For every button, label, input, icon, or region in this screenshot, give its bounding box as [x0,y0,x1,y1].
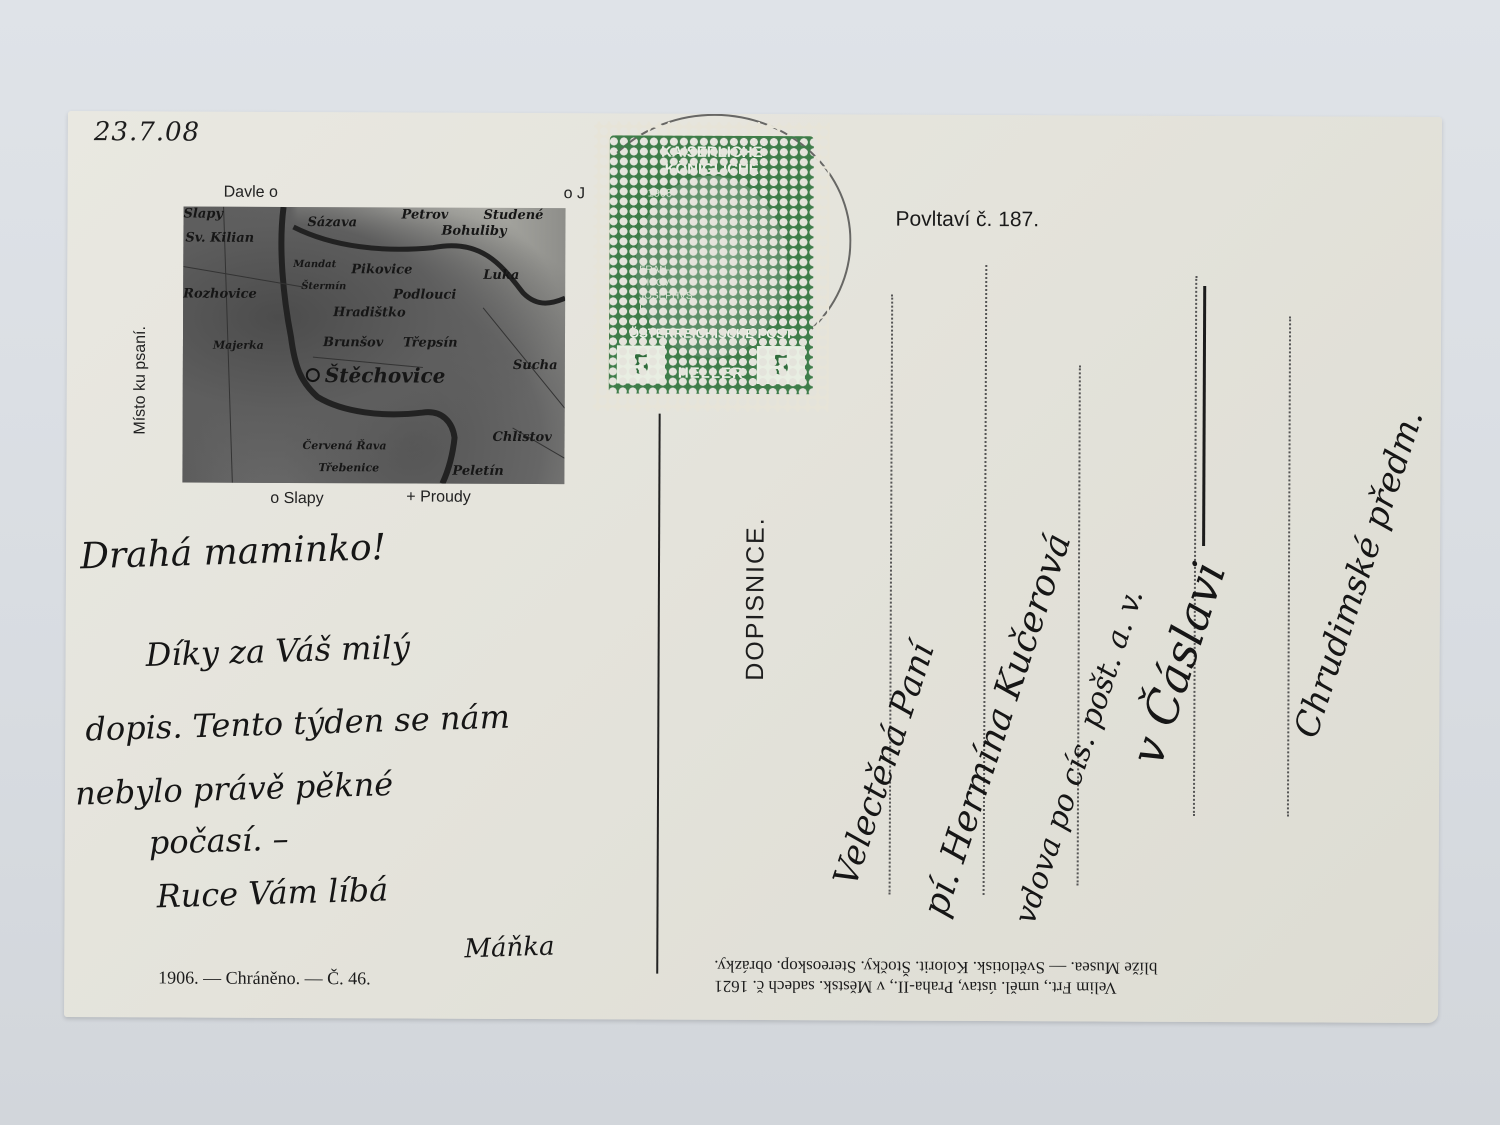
map-name: Studené [483,208,543,223]
map-name: Bohuliby [441,224,506,239]
map-name: Sázava [307,215,357,230]
stamp-name-line: I [639,303,692,316]
map-name: Červená Řava [302,439,386,452]
message-line: Drahá maminko! [80,527,387,577]
map-label-proudy: + Proudy [406,488,471,506]
map-label-j: o J [564,185,585,203]
dopisnice-label: DOPISNICE. [741,468,771,728]
publisher-footer: 1906. — Chráněno. — Č. 46. [158,967,371,989]
map-label-davle: Davle o [224,184,278,202]
message-line: nebylo právě pěkné [75,765,394,813]
address-dotted-line [1193,276,1197,816]
map-main-town: Štěchovice [325,363,446,388]
map-name: Peletín [452,464,503,479]
map-name: Rozhovice [183,287,257,302]
map-name: Třepsín [403,335,458,350]
city-underline [1202,286,1206,546]
map-name: Třebenice [318,461,379,474]
stamp-name-line: CISCVS [639,277,692,290]
stamp-year: 1908 [648,188,673,200]
map-name: Sv. Kilian [185,231,254,246]
writing-area-label: Místo ku psaní. [131,270,150,490]
address-line: Velectěná Paní [826,638,943,891]
map-name: Podlouci [393,287,456,302]
stamp-value-right: 5 [757,346,805,384]
address-line: Chrudimské předm. [1286,405,1431,743]
imprint-line: Velim Frt., uměl. ústav, Praha-II., v Mě… [714,976,1117,998]
address-city: v Čáslavi [1120,555,1237,771]
map-name: Chlistov [493,430,552,445]
map-name: Štermín [301,281,346,292]
center-divider-line [656,414,660,974]
handwritten-date: 23.7.08 [94,117,200,147]
postcard: 23.7.08 Místo ku psaní. Davle o o J Slap… [64,111,1442,1023]
message-line: Ruce Vám líbá [156,870,389,915]
map-name: Hradištko [333,305,406,320]
map-name: Majerka [213,339,264,352]
stamp-design: KAISERLICHE KÖNIGLICHE ÖSTERREICHISCHE P… [609,135,814,394]
map-name: Mandat [293,259,336,270]
signature: Máňka [464,932,555,965]
message-line: dopis. Tento týden se nám [85,698,511,749]
map-name: Brunšov [323,335,383,350]
message-line: počasí. – [148,820,289,862]
map-name: Luka [483,268,519,283]
map-image: Slapy Sv. Kilian Sázava Petrov Studené B… [182,207,565,485]
imprint-line: blíže Musea. — Světlotisk. Kolorit. Štoč… [714,956,1157,978]
postage-stamp: KAISERLICHE KÖNIGLICHE ÖSTERREICHISCHE P… [593,121,830,412]
stamp-portrait-name: FRAN- CISCVS JOSEPHVS I [639,264,693,316]
map-name: Petrov [401,207,448,222]
map-label-slapy: o Slapy [270,490,323,508]
map-name: Sucha [513,358,558,373]
stamp-value-left: 5 [617,345,665,383]
stamp-name-line: FRAN- [639,264,692,277]
stamp-denomination: HELLER [669,365,753,382]
address-dotted-line [1287,316,1291,816]
map-name: Slapy [184,207,223,222]
map-name: Pikovice [351,262,412,277]
message-line: Díky za Váš milý [145,628,410,674]
stamp-name-line: JOSEPHVS [639,290,692,303]
series-label: Povltaví č. 187. [895,208,1039,233]
